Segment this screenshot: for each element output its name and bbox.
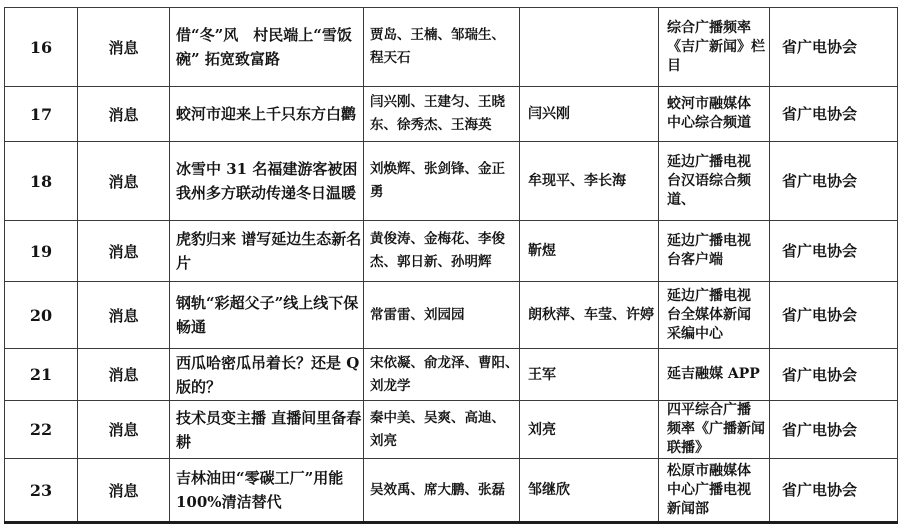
- entry-authors: 黄俊涛、金梅花、李俊 杰、郭日新、孙明辉: [364, 221, 520, 282]
- row-number: 20: [5, 282, 78, 349]
- entry-channel: 蛟河市融媒体 中心综合频道: [659, 87, 770, 142]
- table-row: 22 消息 技术员变主播 直播间里备春 耕 秦中美、吴爽、高迪、 刘亮 刘亮 四…: [5, 401, 898, 459]
- entry-organization: 省广电协会: [770, 142, 898, 221]
- table-row: 21 消息 西瓜哈密瓜吊着长？还是 Q 版的？ 宋依凝、俞龙泽、曹阳、 刘龙学 …: [5, 349, 898, 401]
- row-number: 18: [5, 142, 78, 221]
- table-row: 23 消息 吉林油田“零碳工厂”用能 100%清洁替代 吴效禹、席大鹏、张磊 邹…: [5, 459, 898, 523]
- entry-organization: 省广电协会: [770, 87, 898, 142]
- entry-organization: 省广电协会: [770, 349, 898, 401]
- row-number: 22: [5, 401, 78, 459]
- entry-channel: 延吉融媒 APP: [659, 349, 770, 401]
- table-row: 19 消息 虎豹归来 谱写延边生态新名 片 黄俊涛、金梅花、李俊 杰、郭日新、孙…: [5, 221, 898, 282]
- document-page: { "table": { "rows": [ { "no": "16", "ty…: [0, 0, 900, 528]
- row-number: 17: [5, 87, 78, 142]
- entry-authors: 贾岛、王楠、邹瑞生、 程天石: [364, 8, 520, 87]
- entry-type: 消息: [78, 142, 170, 221]
- table-row: 20 消息 钢轨“彩超父子”线上线下保 畅通 常雷雷、刘园园 朗秋萍、车莹、许婷…: [5, 282, 898, 349]
- entry-editors: [520, 8, 659, 87]
- program-awards-table: 16 消息 借“冬”风 村民端上“雪饭 碗” 拓宽致富路 贾岛、王楠、邹瑞生、 …: [4, 7, 898, 524]
- entry-editors: 闫兴刚: [520, 87, 659, 142]
- entry-type: 消息: [78, 8, 170, 87]
- entry-organization: 省广电协会: [770, 459, 898, 523]
- row-number: 19: [5, 221, 78, 282]
- entry-editors: 靳煜: [520, 221, 659, 282]
- entry-channel: 四平综合广播 频率《广播新闻 联播》: [659, 401, 770, 459]
- entry-organization: 省广电协会: [770, 8, 898, 87]
- entry-channel: 延边广播电视 台汉语综合频 道、: [659, 142, 770, 221]
- entry-title: 吉林油田“零碳工厂”用能 100%清洁替代: [170, 459, 364, 523]
- table-row: 17 消息 蛟河市迎来上千只东方白鹳 闫兴刚、王建匀、王晓 东、徐秀杰、王海英 …: [5, 87, 898, 142]
- entry-organization: 省广电协会: [770, 401, 898, 459]
- entry-title: 蛟河市迎来上千只东方白鹳: [170, 87, 364, 142]
- entry-channel: 综合广播频率 《吉广新闻》栏 目: [659, 8, 770, 87]
- entry-title: 西瓜哈密瓜吊着长？还是 Q 版的？: [170, 349, 364, 401]
- entry-editors: 邹继欣: [520, 459, 659, 523]
- entry-editors: 牟现平、李长海: [520, 142, 659, 221]
- entry-authors: 刘焕辉、张剑锋、金正 勇: [364, 142, 520, 221]
- entry-authors: 常雷雷、刘园园: [364, 282, 520, 349]
- entry-title: 虎豹归来 谱写延边生态新名 片: [170, 221, 364, 282]
- entry-organization: 省广电协会: [770, 221, 898, 282]
- entry-title: 借“冬”风 村民端上“雪饭 碗” 拓宽致富路: [170, 8, 364, 87]
- entry-authors: 吴效禹、席大鹏、张磊: [364, 459, 520, 523]
- table-row: 18 消息 冰雪中 31 名福建游客被困 我州多方联动传递冬日温暖 刘焕辉、张剑…: [5, 142, 898, 221]
- entry-type: 消息: [78, 459, 170, 523]
- entry-type: 消息: [78, 282, 170, 349]
- table-row: 16 消息 借“冬”风 村民端上“雪饭 碗” 拓宽致富路 贾岛、王楠、邹瑞生、 …: [5, 8, 898, 87]
- row-number: 16: [5, 8, 78, 87]
- entry-channel: 松原市融媒体 中心广播电视 新闻部: [659, 459, 770, 523]
- entry-editors: 王军: [520, 349, 659, 401]
- entry-type: 消息: [78, 87, 170, 142]
- entry-title: 钢轨“彩超父子”线上线下保 畅通: [170, 282, 364, 349]
- entry-editors: 刘亮: [520, 401, 659, 459]
- entry-organization: 省广电协会: [770, 282, 898, 349]
- entry-authors: 秦中美、吴爽、高迪、 刘亮: [364, 401, 520, 459]
- entry-channel: 延边广播电视 台全媒体新闻 采编中心: [659, 282, 770, 349]
- entry-type: 消息: [78, 401, 170, 459]
- entry-type: 消息: [78, 349, 170, 401]
- entry-channel: 延边广播电视 台客户端: [659, 221, 770, 282]
- entry-title: 冰雪中 31 名福建游客被困 我州多方联动传递冬日温暖: [170, 142, 364, 221]
- entry-title: 技术员变主播 直播间里备春 耕: [170, 401, 364, 459]
- row-number: 21: [5, 349, 78, 401]
- entry-type: 消息: [78, 221, 170, 282]
- entry-authors: 宋依凝、俞龙泽、曹阳、 刘龙学: [364, 349, 520, 401]
- row-number: 23: [5, 459, 78, 523]
- entry-editors: 朗秋萍、车莹、许婷: [520, 282, 659, 349]
- entry-authors: 闫兴刚、王建匀、王晓 东、徐秀杰、王海英: [364, 87, 520, 142]
